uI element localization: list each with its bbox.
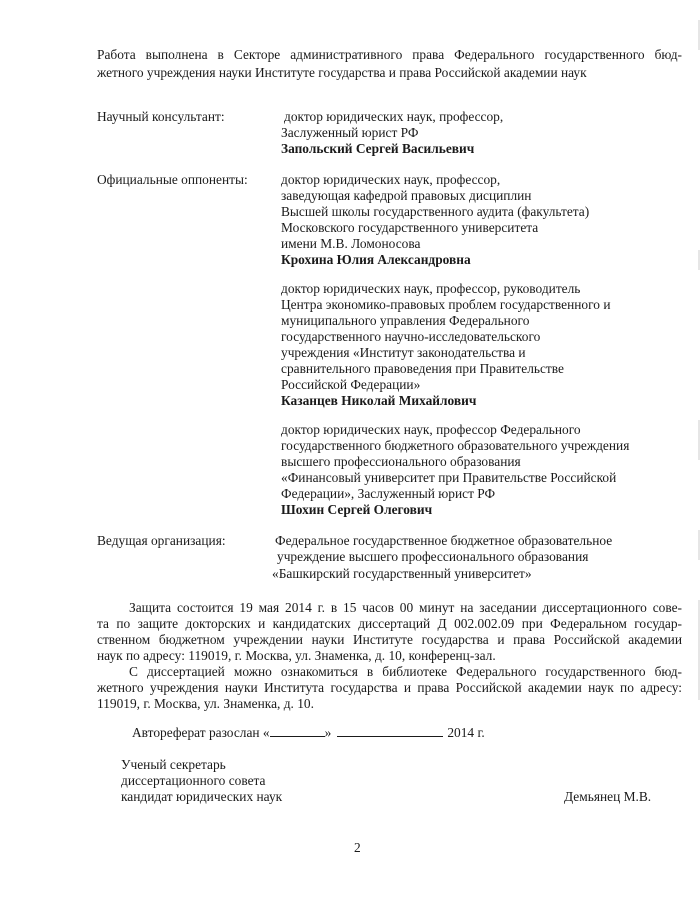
opponent-line: Центра экономико-правовых проблем госуда… xyxy=(281,297,611,313)
defense-line-1: Защита состоится 19 мая 2014 г. в 15 час… xyxy=(129,600,682,616)
opponents-label: Официальные оппоненты: xyxy=(97,172,248,188)
leading-org-line: «Башкирский государственный университет» xyxy=(272,566,532,582)
opponent-line: доктор юридических наук, профессор, xyxy=(281,172,589,188)
opponent-line: Московского государственного университет… xyxy=(281,220,589,236)
mailing-month-blank xyxy=(337,724,443,737)
opponent-2: доктор юридических наук, профессор, руко… xyxy=(281,281,611,409)
opponent-name: Шохин Сергей Олегович xyxy=(281,502,629,518)
opponent-line: Высшей школы государственного аудита (фа… xyxy=(281,204,589,220)
secretary-line: Ученый секретарь xyxy=(121,757,282,773)
secretary-line: кандидат юридических наук xyxy=(121,789,282,805)
consultant-line: доктор юридических наук, профессор, xyxy=(284,109,503,125)
opponent-line: государственного научно-исследовательско… xyxy=(281,329,611,345)
consultant-line: Заслуженный юрист РФ xyxy=(281,125,474,141)
intro-line-2: жетного учреждения науки Институте госуд… xyxy=(97,65,587,81)
library-line-3: 119019, г. Москва, ул. Знаменка, д. 10. xyxy=(97,696,314,712)
mailing-prefix: Автореферат разослан « xyxy=(132,725,270,740)
mailing-line: Автореферат разослан «»2014 г. xyxy=(132,724,485,741)
opponent-name: Крохина Юлия Александровна xyxy=(281,252,589,268)
leading-org-line: учреждение высшего профессионального обр… xyxy=(277,549,588,565)
consultant-block: доктор юридических наук, профессор, xyxy=(284,109,503,125)
consultant-label: Научный консультант: xyxy=(97,109,225,125)
opponent-line: Федерации», Заслуженный юрист РФ xyxy=(281,486,629,502)
mailing-day-blank xyxy=(270,724,325,737)
opponent-line: «Финансовый университет при Правительств… xyxy=(281,470,629,486)
library-line-2: жетного учреждения науки Института госуд… xyxy=(97,680,682,696)
secretary-line: диссертационного совета xyxy=(121,773,282,789)
consultant-name: Запольский Сергей Васильевич xyxy=(281,141,474,157)
opponent-line: имени М.В. Ломоносова xyxy=(281,236,589,252)
secretary-block: Ученый секретарь диссертационного совета… xyxy=(121,757,282,805)
consultant-block-2: Заслуженный юрист РФ Запольский Сергей В… xyxy=(281,125,474,157)
opponent-line: учреждения «Институт законодательства и xyxy=(281,345,611,361)
secretary-name: Демьянец М.В. xyxy=(564,789,651,805)
leading-org-line: Федеральное государственное бюджетное об… xyxy=(275,533,612,549)
opponent-name: Казанцев Николай Михайлович xyxy=(281,393,611,409)
library-line-1: С диссертацией можно ознакомиться в библ… xyxy=(129,664,682,680)
opponent-line: доктор юридических наук, профессор, руко… xyxy=(281,281,611,297)
opponent-line: сравнительного правоведения при Правител… xyxy=(281,361,611,377)
defense-line-3: ственном бюджетном учреждении науки Инст… xyxy=(97,632,682,648)
opponent-line: муниципального управления Федерального xyxy=(281,313,611,329)
intro-line-1: Работа выполнена в Секторе административ… xyxy=(97,47,682,63)
page-number: 2 xyxy=(354,840,361,856)
opponent-3: доктор юридических наук, профессор Федер… xyxy=(281,422,629,518)
opponent-line: государственного бюджетного образователь… xyxy=(281,438,629,454)
opponent-line: доктор юридических наук, профессор Федер… xyxy=(281,422,629,438)
leading-org-label: Ведущая организация: xyxy=(97,533,226,549)
mailing-suffix: 2014 г. xyxy=(447,725,484,740)
mailing-mid: » xyxy=(325,725,332,740)
opponent-1: доктор юридических наук, профессор, заве… xyxy=(281,172,589,268)
opponent-line: высшего профессионального образования xyxy=(281,454,629,470)
opponent-line: заведующая кафедрой правовых дисциплин xyxy=(281,188,589,204)
defense-line-4: наук по адресу: 119019, г. Москва, ул. З… xyxy=(97,648,496,664)
defense-line-2: та по защите докторских и кандидатских д… xyxy=(97,616,682,632)
opponent-line: Российской Федерации» xyxy=(281,377,611,393)
